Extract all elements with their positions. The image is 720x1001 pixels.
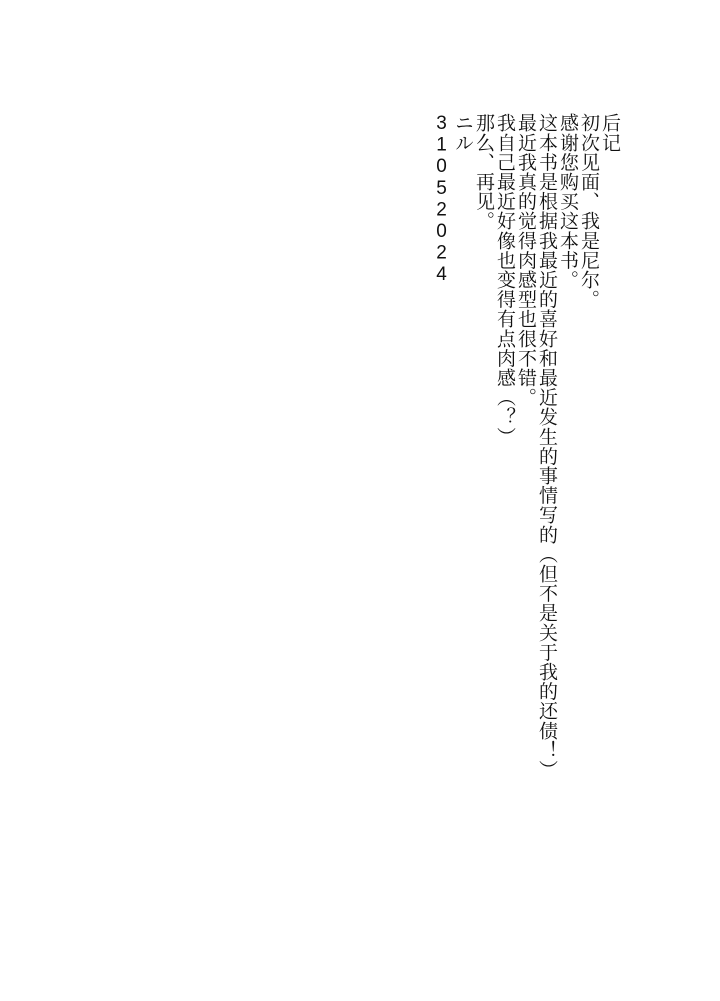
date-line: 31052024 xyxy=(431,113,452,813)
closing-line: 那么、再见。 xyxy=(473,113,494,813)
body-line-2: 最近我真的觉得肉感型也很不错。 xyxy=(515,113,536,813)
thanks-line: 感谢您购买这本书。 xyxy=(557,113,578,813)
signature-line: ニル xyxy=(452,113,473,813)
afterword-page: 后记 初次见面、我是尼尔。 感谢您购买这本书。 这本书是根据我最近的喜好和最近发… xyxy=(0,0,720,1001)
afterword-text-block: 后记 初次见面、我是尼尔。 感谢您购买这本书。 这本书是根据我最近的喜好和最近发… xyxy=(431,113,620,813)
greeting-line: 初次见面、我是尼尔。 xyxy=(578,113,599,813)
body-line-3: 我自己最近好像也变得有点肉感（？） xyxy=(494,113,515,813)
afterword-title: 后记 xyxy=(599,113,620,813)
body-line-1: 这本书是根据我最近的喜好和最近发生的事情写的（但不是关于我的还债！） xyxy=(536,113,557,813)
